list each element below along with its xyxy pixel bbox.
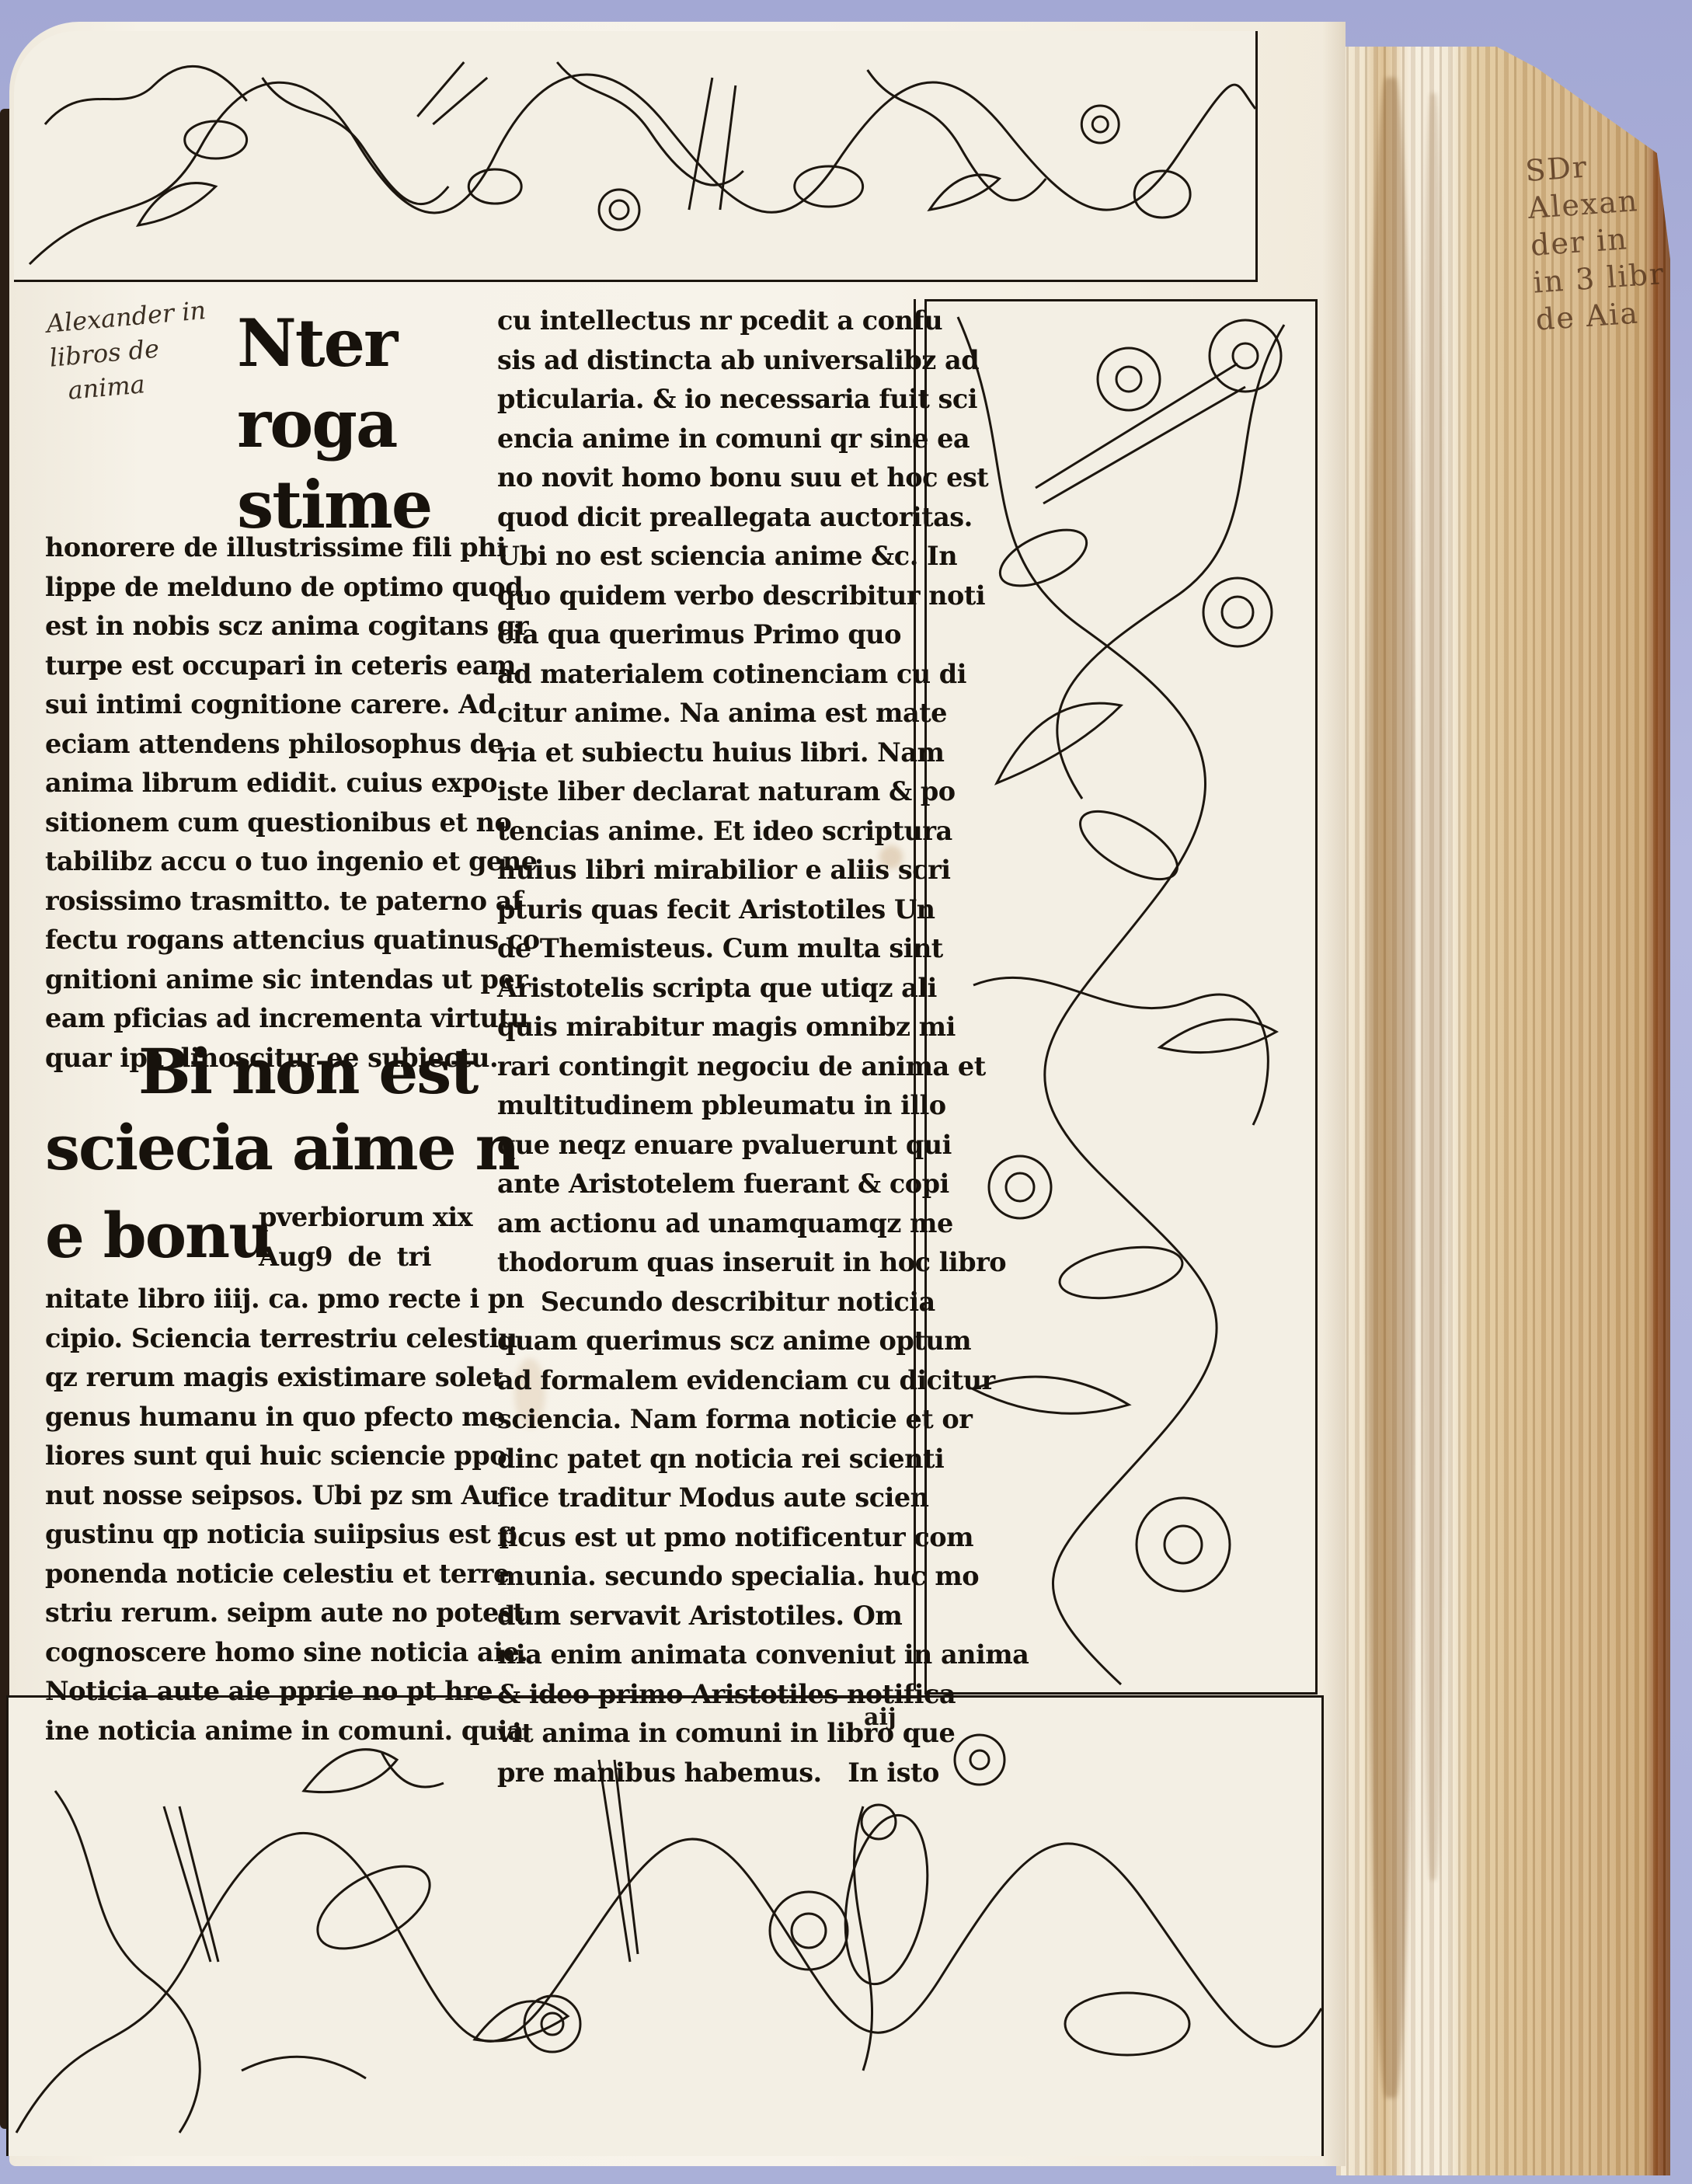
woodcut-border-top <box>14 31 1258 282</box>
text-line: Ubi no est sciencia anime &c. In <box>497 537 901 576</box>
text-line: sciencia. Nam forma noticie et or <box>497 1400 901 1440</box>
left-column-body-1: honorere de illustrissime fili phi lippe… <box>45 528 410 1078</box>
text-line: eciam attendens philosophus de <box>45 725 410 765</box>
text-line: anima librum edidit. cuius expo <box>45 764 410 803</box>
text-line: encia anime in comuni qr sine ea <box>497 420 901 459</box>
text-line: sitionem cum questionibus et no <box>45 803 410 843</box>
text-line: quo quidem verbo describitur noti <box>497 576 901 616</box>
text-line: cia qua querimus Primo quo <box>497 615 901 655</box>
text-line: cognoscere homo sine noticia aie. <box>45 1633 410 1673</box>
text-line: tabilibz accu o tuo ingenio et gene <box>45 842 410 882</box>
text-line: sis ad distincta ab universalibz ad <box>497 341 901 381</box>
opening-heading: Nter roga stime <box>237 303 431 545</box>
signature-mark: aij <box>864 1704 896 1731</box>
text-line: cipio. Sciencia terrestriu celestiu <box>45 1319 410 1359</box>
text-line: multitudinem pbleumatu in illo <box>497 1086 901 1126</box>
text-line: iste liber declarat naturam & po <box>497 772 901 812</box>
text-line: ponenda noticie celestiu et terre <box>45 1555 410 1594</box>
text-line: pre manibus habemus. In isto <box>497 1754 901 1793</box>
text-line: fectu rogans attencius quatinus co <box>45 921 410 960</box>
text-line: tencias anime. Et ideo scriptura <box>497 812 901 852</box>
middle-column: cu intellectus nr pcedit a confu sis ad … <box>497 301 901 1792</box>
heading-line: Nter <box>237 303 431 384</box>
text-line: honorere de illustrissime fili phi <box>45 528 410 568</box>
text-line: huius libri mirabilior e aliis scri <box>497 851 901 890</box>
text-line: sui intimi cognitione carere. Ad <box>45 685 410 725</box>
book-fore-edge <box>1336 47 1670 2175</box>
fore-edge-inscription: SDr Alexan der in in 3 libr de Aia <box>1524 143 1669 338</box>
section-heading-last-row: e bonu pverbiorum xix Aug9 de tri <box>45 1196 433 1282</box>
text-line: que neqz enuare pvaluerunt qui <box>497 1126 901 1165</box>
text-line: est in nobis scz anima cogitans qr <box>45 607 410 646</box>
text-line: ria et subiectu huius libri. Nam <box>497 733 901 773</box>
woodcut-border-right <box>924 299 1318 1695</box>
text-line: pverbiorum xix <box>259 1198 431 1238</box>
text-line: fice traditur Modus aute scien <box>497 1479 901 1518</box>
text-line: vit anima in comuni in libro que <box>497 1714 901 1754</box>
text-line: ad materialem cotinenciam cu di <box>497 655 901 695</box>
floral-bird-woodcut-icon <box>14 31 1255 280</box>
text-line: Noticia aute aie pprie no pt hre <box>45 1672 410 1712</box>
text-line: eam pficias ad incrementa virtutu <box>45 999 410 1039</box>
text-line: Aristotelis scripta que utiqz ali <box>497 969 901 1008</box>
heading-line: Bi non est <box>45 1033 433 1109</box>
text-line: ficus est ut pmo notificentur com <box>497 1518 901 1558</box>
text-line: am actionu ad unamquamqz me <box>497 1204 901 1244</box>
text-line: Secundo describitur noticia <box>497 1283 901 1322</box>
text-line: & ideo primo Aristotiles notifica <box>497 1675 901 1715</box>
section-heading: Bi non est sciecia aime n <box>45 1033 433 1186</box>
text-line: liores sunt qui huic sciencie ppo <box>45 1437 410 1476</box>
text-line: citur anime. Na anima est mate <box>497 694 901 733</box>
text-line: quis mirabitur magis omnibz mi <box>497 1008 901 1047</box>
text-line: striu rerum. seipm aute no potest <box>45 1594 410 1633</box>
text-line: pticularia. & io necessaria fuit sci <box>497 380 901 420</box>
text-line: cu intellectus nr pcedit a confu <box>497 301 901 341</box>
text-line: rosissimo trasmitto. te paterno af <box>45 882 410 921</box>
text-line: quam querimus scz anime optum <box>497 1322 901 1361</box>
text-line: nut nosse seipsos. Ubi pz sm Au <box>45 1476 410 1516</box>
text-line: rari contingit negociu de anima et <box>497 1047 901 1087</box>
floral-bird-woodcut-icon <box>927 301 1315 1692</box>
text-line: munia. secundo specialia. huc mo <box>497 1557 901 1597</box>
text-line: nitate libro iiij. ca. pmo recte i pn <box>45 1280 410 1319</box>
text-line: quod dicit preallegata auctoritas. <box>497 498 901 538</box>
text-line: Aug9 de tri <box>259 1238 431 1277</box>
text-line: qz rerum magis existimare solet <box>45 1358 410 1398</box>
text-line: ad formalem evidenciam cu dicitur <box>497 1361 901 1401</box>
text-line: ante Aristotelem fuerant & copi <box>497 1165 901 1204</box>
text-line: ine noticia anime in comuni. quia <box>45 1712 410 1751</box>
left-column-body-2: nitate libro iiij. ca. pmo recte i pn ci… <box>45 1280 410 1750</box>
text-line: turpe est occupari in ceteris eam <box>45 646 410 686</box>
text-line: de Themisteus. Cum multa sint <box>497 929 901 969</box>
heading-line: roga <box>237 384 431 465</box>
text-line: dum servavit Aristotiles. Om <box>497 1597 901 1636</box>
text-line: lippe de melduno de optimo quod <box>45 568 410 608</box>
marginal-annotation: Alexander in libros de anima <box>45 291 232 409</box>
text-line: gnitioni anime sic intendas ut per <box>45 960 410 1000</box>
section-side-text: pverbiorum xix Aug9 de tri <box>259 1198 431 1277</box>
text-line: dinc patet qn noticia rei scienti <box>497 1440 901 1479</box>
text-line: no novit homo bonu suu et hoc est <box>497 458 901 498</box>
text-line: gustinu qp noticia suiipsius est p <box>45 1515 410 1555</box>
text-line: thodorum quas inseruit in hoc libro <box>497 1243 901 1283</box>
heading-line: e bonu <box>45 1196 272 1274</box>
text-line: pturis quas fecit Aristotiles Un <box>497 890 901 930</box>
heading-line: sciecia aime n <box>45 1109 433 1186</box>
text-line: genus humanu in quo pfecto me <box>45 1398 410 1437</box>
text-line: nia enim animata conveniut in anima <box>497 1635 901 1675</box>
